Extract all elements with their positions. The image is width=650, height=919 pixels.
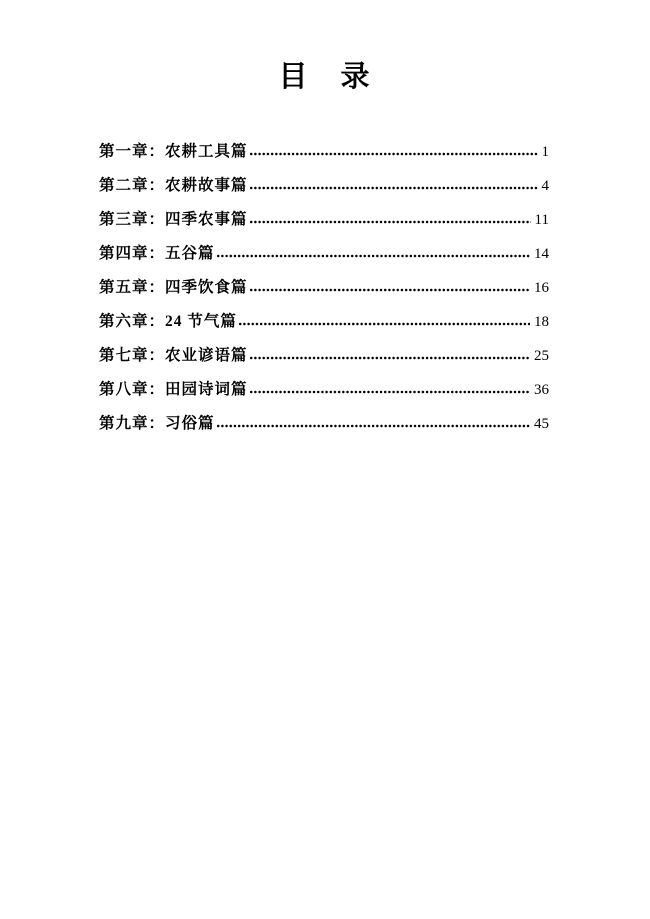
toc-entry-label: 第三章：四季农事篇 [99, 210, 248, 230]
toc-entry[interactable]: 第五章：四季饮食篇 16 [99, 278, 549, 298]
toc-entry[interactable]: 第九章：习俗篇 45 [99, 414, 549, 434]
toc-entry[interactable]: 第七章：农业谚语篇 25 [99, 346, 549, 366]
toc-entry-label: 第四章：五谷篇 [99, 244, 215, 264]
toc-entry[interactable]: 第二章：农耕故事篇 4 [99, 176, 549, 196]
toc-entry-label: 第九章：习俗篇 [99, 414, 215, 434]
toc-entry-label: 第二章：农耕故事篇 [99, 176, 248, 196]
toc-entry-label: 第五章：四季饮食篇 [99, 278, 248, 298]
toc-entry-label: 第八章：田园诗词篇 [99, 380, 248, 400]
dot-leader [250, 151, 538, 157]
dot-leader [250, 355, 530, 361]
toc-page-number: 18 [532, 312, 549, 332]
toc-entry-label: 第六章：24 节气篇 [99, 312, 237, 332]
dot-leader [250, 219, 531, 225]
toc-page-number: 45 [532, 414, 549, 434]
document-page: 目 录 第一章：农耕工具篇 1 第二章：农耕故事篇 4 第三章：四季农事篇 11… [0, 0, 650, 919]
dot-leader [250, 287, 530, 293]
toc-entry[interactable]: 第三章：四季农事篇 11 [99, 210, 549, 230]
toc-page-number: 36 [532, 380, 549, 400]
toc-entry-label: 第一章：农耕工具篇 [99, 142, 248, 162]
toc-entry[interactable]: 第八章：田园诗词篇 36 [99, 380, 549, 400]
table-of-contents: 第一章：农耕工具篇 1 第二章：农耕故事篇 4 第三章：四季农事篇 11 第四章… [99, 142, 549, 434]
toc-entry[interactable]: 第一章：农耕工具篇 1 [99, 142, 549, 162]
dot-leader [239, 321, 530, 327]
dot-leader [217, 423, 530, 429]
toc-entry-label: 第七章：农业谚语篇 [99, 346, 248, 366]
dot-leader [250, 389, 530, 395]
toc-page-number: 14 [532, 244, 549, 264]
toc-page-number: 25 [532, 346, 549, 366]
toc-page-number: 16 [532, 278, 549, 298]
page-title: 目 录 [0, 59, 650, 95]
toc-entry[interactable]: 第六章：24 节气篇 18 [99, 312, 549, 332]
dot-leader [250, 185, 538, 191]
toc-entry[interactable]: 第四章：五谷篇 14 [99, 244, 549, 264]
toc-page-number: 11 [533, 210, 549, 230]
toc-page-number: 4 [540, 176, 550, 196]
dot-leader [217, 253, 530, 259]
toc-page-number: 1 [540, 142, 550, 162]
